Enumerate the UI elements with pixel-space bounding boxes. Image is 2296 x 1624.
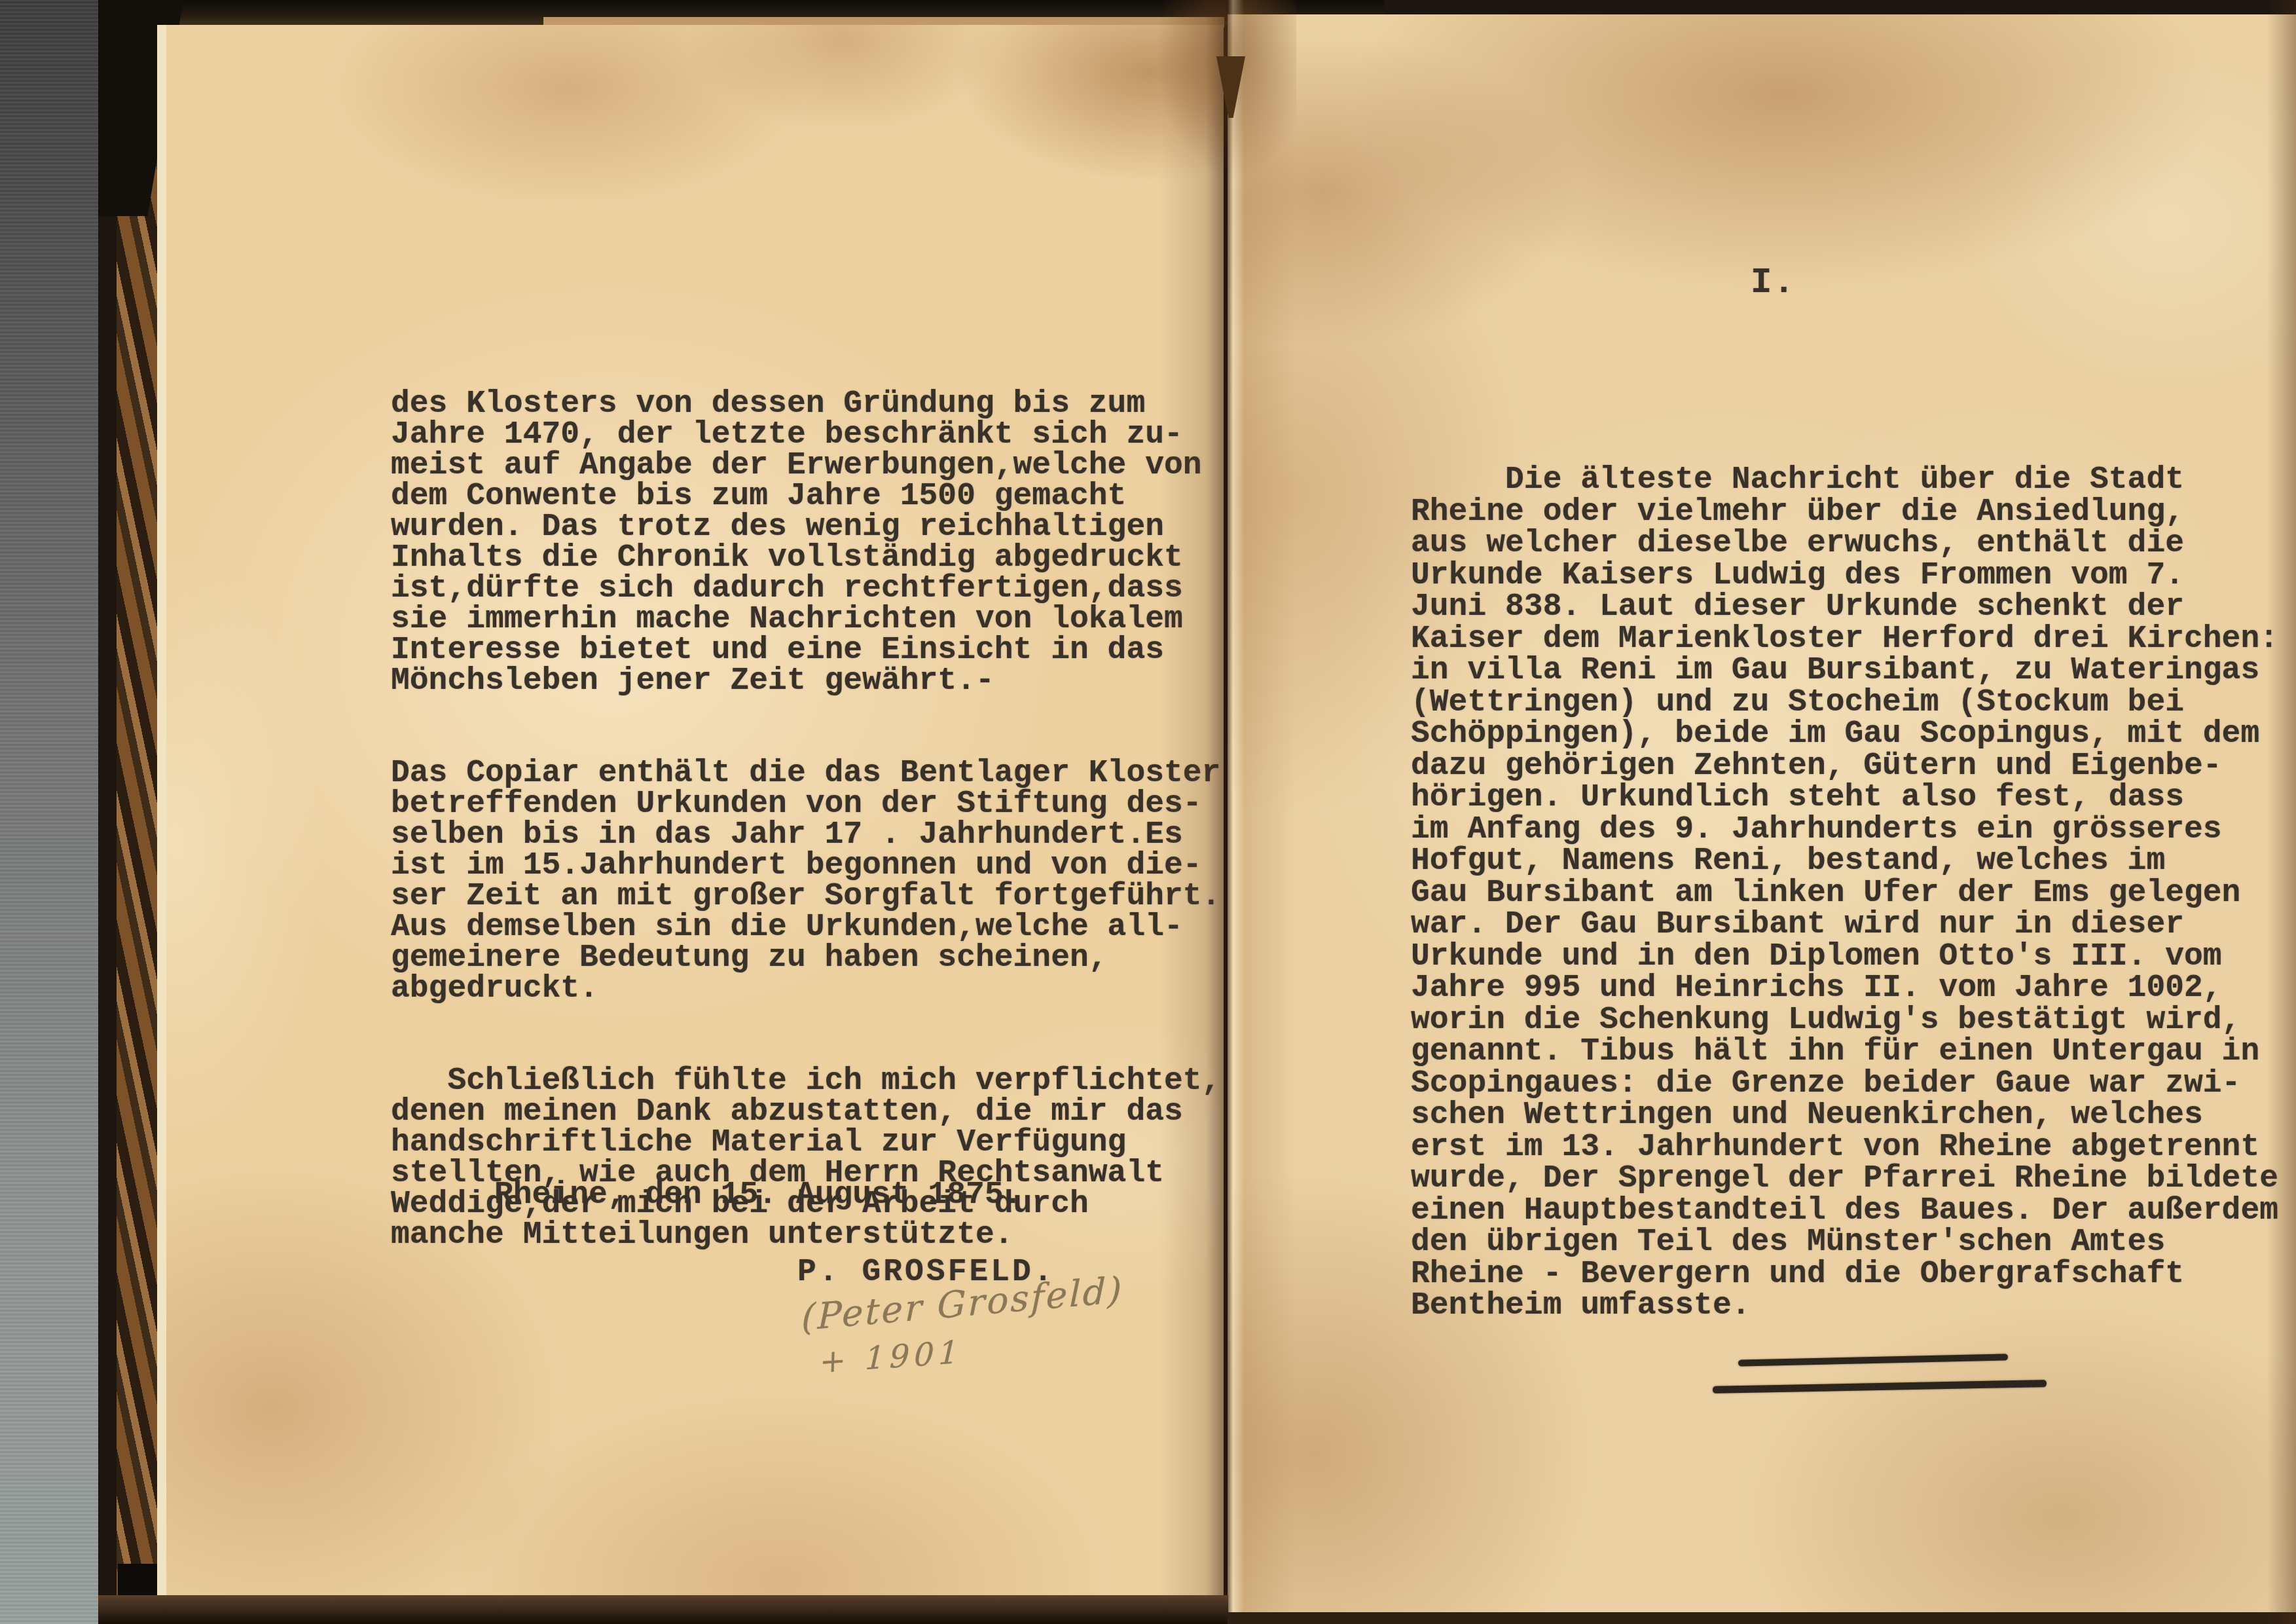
- right-page-stack-edge: [2267, 0, 2296, 1624]
- right-page-bottom-edge: [1228, 1612, 2296, 1624]
- chapter-text-block: Die älteste Nachricht über die Stadt Rhe…: [1411, 401, 2278, 1386]
- left-page-bottom-edge: [98, 1595, 1228, 1624]
- chapter-paragraph: Die älteste Nachricht über die Stadt Rhe…: [1411, 464, 2278, 1322]
- dateline: Rheine, den 15. August 1875.: [494, 1177, 1023, 1213]
- preface-text-block: des Klosters von dessen Gründung bis zum…: [391, 327, 1220, 1312]
- chapter-numeral: I.: [1751, 263, 1796, 303]
- open-book: des Klosters von dessen Gründung bis zum…: [98, 0, 2296, 1624]
- preface-paragraph-1: des Klosters von dessen Gründung bis zum…: [391, 389, 1220, 697]
- cover-marbled-edge: [117, 0, 160, 1624]
- preface-paragraph-2: Das Copiar enthält die das Bentlager Klo…: [391, 758, 1220, 1005]
- preface-paragraph-3: Schließlich fühlte ich mich verpflichtet…: [391, 1066, 1220, 1251]
- book-scan: des Klosters von dessen Gründung bis zum…: [0, 0, 2296, 1624]
